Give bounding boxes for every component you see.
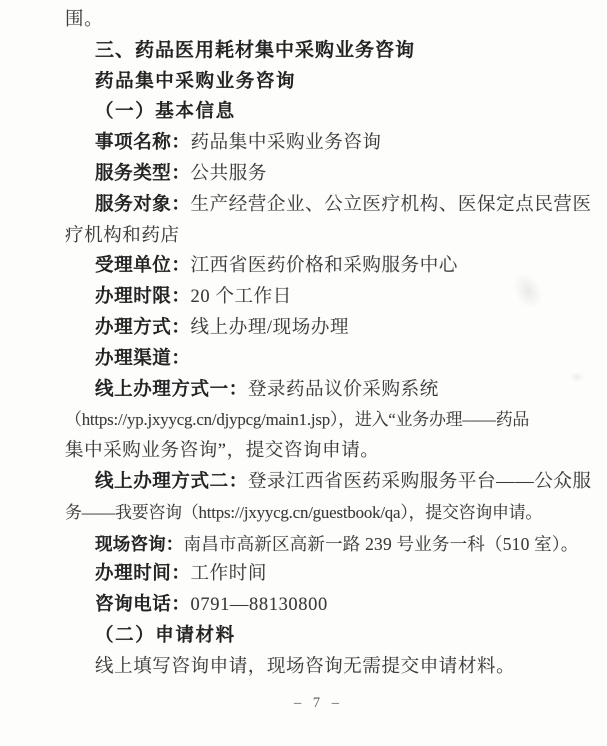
field-label: （一）基本信息 (95, 102, 236, 122)
field-text: 南昌市高新区高新一路 239 号业务一科（510 室）。 (184, 534, 579, 554)
field-processing-method: 办理方式：线上办理/现场办理 (65, 313, 587, 344)
field-service-target-wrap: 疗机构和药店 (65, 221, 587, 252)
field-text: 疗机构和药店 (65, 226, 180, 246)
field-label: 受理单位： (95, 256, 191, 276)
field-label: 药品集中采购业务咨询 (95, 72, 296, 92)
field-online-method-2: 线上办理方式二：登录江西省医药采购服务平台——公众服 (65, 467, 587, 498)
field-text: 线上填写咨询申请，现场咨询无需提交申请材料。 (95, 657, 515, 677)
field-service-type: 服务类型：公共服务 (65, 159, 587, 190)
field-label: 办理时限： (95, 287, 191, 307)
field-text: 登录江西省医药采购服务平台——公众服 (248, 472, 592, 492)
field-label: 服务对象： (95, 195, 191, 215)
field-text: 集中采购业务咨询”，提交咨询申请。 (65, 441, 379, 461)
wrapped-text-wei: 围。 (65, 5, 587, 36)
field-text: 公共服务 (191, 164, 267, 184)
document-body: 围。三、药品医用耗材集中采购业务咨询药品集中采购业务咨询（一）基本信息事项名称：… (65, 5, 587, 683)
page-number: – 7 – (15, 695, 607, 712)
online-method-1-url-line: （https://yp.jxyycg.cn/djypcg/main1.jsp），… (65, 405, 587, 436)
field-text: 围。 (65, 10, 103, 30)
scanned-document-page: 围。三、药品医用耗材集中采购业务咨询药品集中采购业务咨询（一）基本信息事项名称：… (0, 0, 607, 746)
field-label: 现场咨询： (95, 534, 184, 554)
subheading-basic-info: （一）基本信息 (65, 97, 587, 128)
field-text: （https://yp.jxyycg.cn/djypcg/main1.jsp），… (65, 410, 529, 429)
field-text: 登录药品议价采购系统 (248, 380, 439, 400)
field-label: （二）申请材料 (95, 626, 236, 646)
field-label: 线上办理方式一： (95, 380, 248, 400)
online-method-1-wrap: 集中采购业务咨询”，提交咨询申请。 (65, 436, 587, 467)
field-service-target: 服务对象：生产经营企业、公立医疗机构、医保定点民营医 (65, 190, 587, 221)
field-item-name: 事项名称：药品集中采购业务咨询 (65, 128, 587, 159)
field-label: 办理渠道： (95, 349, 191, 369)
field-office-hours: 办理时间：工作时间 (65, 559, 587, 590)
subheading-application-materials: （二）申请材料 (65, 621, 587, 652)
field-consultation-phone: 咨询电话：0791—88130800 (65, 590, 587, 621)
section-heading: 三、药品医用耗材集中采购业务咨询 (65, 36, 587, 67)
field-text: 线上办理/现场办理 (191, 318, 350, 338)
field-label: 咨询电话： (95, 595, 191, 615)
field-online-method-1: 线上办理方式一：登录药品议价采购系统 (65, 375, 587, 406)
field-label: 事项名称： (95, 133, 191, 153)
subsection-title: 药品集中采购业务咨询 (65, 67, 587, 98)
field-text: 工作时间 (191, 564, 267, 584)
field-label: 线上办理方式二： (95, 472, 248, 492)
field-label: 办理时间： (95, 564, 191, 584)
field-accepting-unit: 受理单位：江西省医药价格和采购服务中心 (65, 251, 587, 282)
field-text: 0791—88130800 (191, 595, 328, 615)
field-text: 20 个工作日 (191, 287, 292, 307)
field-onsite-consultation: 现场咨询：南昌市高新区高新一路 239 号业务一科（510 室）。 (65, 529, 587, 560)
online-method-2-wrap: 务——我要咨询（https://jxyycg.cn/guestbook/qa），… (65, 498, 587, 529)
field-text: 生产经营企业、公立医疗机构、医保定点民营医 (191, 195, 592, 215)
field-label: 办理方式： (95, 318, 191, 338)
field-label: 三、药品医用耗材集中采购业务咨询 (95, 40, 415, 61)
field-time-limit: 办理时限：20 个工作日 (65, 282, 587, 313)
paragraph-application-note: 线上填写咨询申请，现场咨询无需提交申请材料。 (65, 652, 587, 683)
field-text: 药品集中采购业务咨询 (191, 133, 382, 153)
field-text: 江西省医药价格和采购服务中心 (191, 256, 458, 276)
field-processing-channels: 办理渠道： (65, 344, 587, 375)
field-label: 服务类型： (95, 164, 191, 184)
field-text: 务——我要咨询（https://jxyycg.cn/guestbook/qa），… (65, 503, 542, 522)
